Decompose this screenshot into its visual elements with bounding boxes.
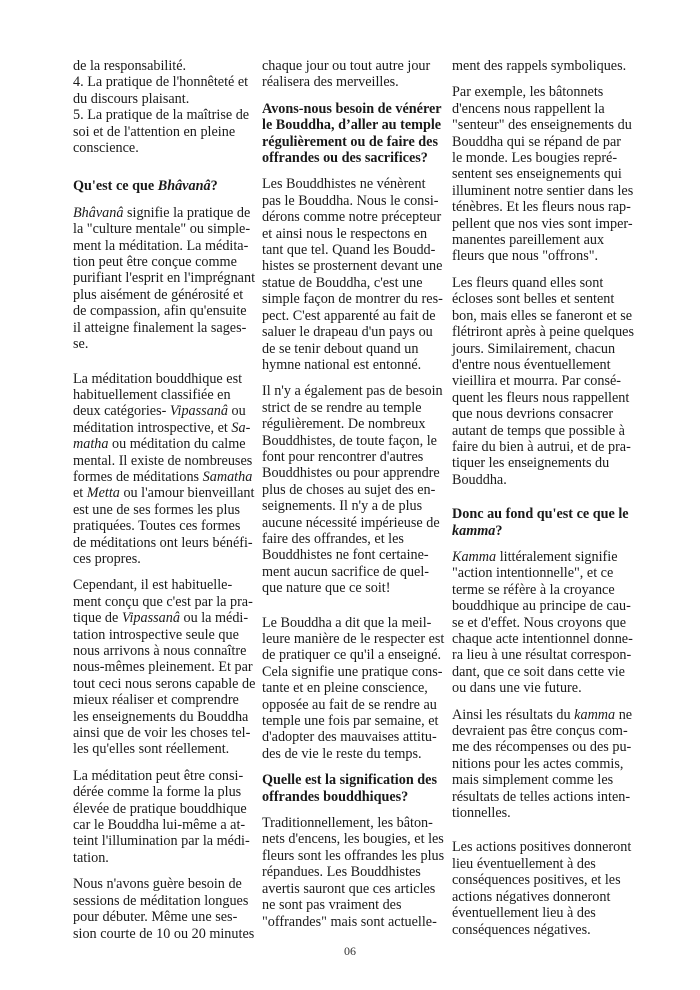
paragraph-traditional-offerings: Traditionnellement, les bâton- nets d'en… [262,815,447,930]
paragraph-kamma-definition: Kamma littéralement signifie "action int… [452,549,642,697]
list-continuation: de la responsabilité. [73,58,258,74]
paragraph-continuation: ment des rappels symboliques. [452,58,642,74]
paragraph-symbolic-reminders: Par exemple, les bâtonnets d'encens nous… [452,84,642,264]
list-item-5: 5. La pratique de la maîtrise de soi et … [73,107,258,156]
paragraph-continuation: chaque jour ou tout autre jour réalisera… [262,58,447,91]
heading-bhavana: Qu'est ce que Bhâvanâ? [73,178,258,194]
paragraph-consequences: Les actions positives donneront lieu éve… [452,839,642,937]
column-2: chaque jour ou tout autre jour réalisera… [262,58,447,940]
paragraph-temple: Il n'y a également pas de besoin strict … [262,383,447,596]
paragraph-best-respect: Le Bouddha a dit que la meil- leure mani… [262,615,447,763]
heading-venerate-buddha: Avons-nous besoin de vénérer le Bouddha,… [262,101,447,167]
column-1: de la responsabilité. 4. La pratique de … [73,58,258,952]
paragraph-meditation-categories: La méditation bouddhique est habituellem… [73,371,258,568]
heading-kamma: Donc au fond qu'est ce que le kamma? [452,506,642,539]
paragraph-bhavana-definition: Bhâvanâ signifie la pratique de la "cult… [73,205,258,353]
paragraph-vipassana: Cependant, il est habituelle- ment conçu… [73,577,258,757]
paragraph-highest-practice: La méditation peut être consi- dérée com… [73,768,258,866]
page-number: 06 [0,944,700,959]
paragraph-short-sessions: Nous n'avons guère besoin de sessions de… [73,876,258,942]
paragraph-flowers: Les fleurs quand elles sont écloses sont… [452,275,642,488]
heading-offerings-meaning: Quelle est la signification des offrande… [262,772,447,805]
paragraph-not-venerate: Les Bouddhistes ne vénèrent pas le Boudd… [262,176,447,373]
column-3: ment des rappels symboliques. Par exempl… [452,58,642,948]
list-item-4: 4. La pratique de l'honnêteté et du disc… [73,74,258,107]
paragraph-kamma-results: Ainsi les résultats du kamma ne devraien… [452,707,642,822]
